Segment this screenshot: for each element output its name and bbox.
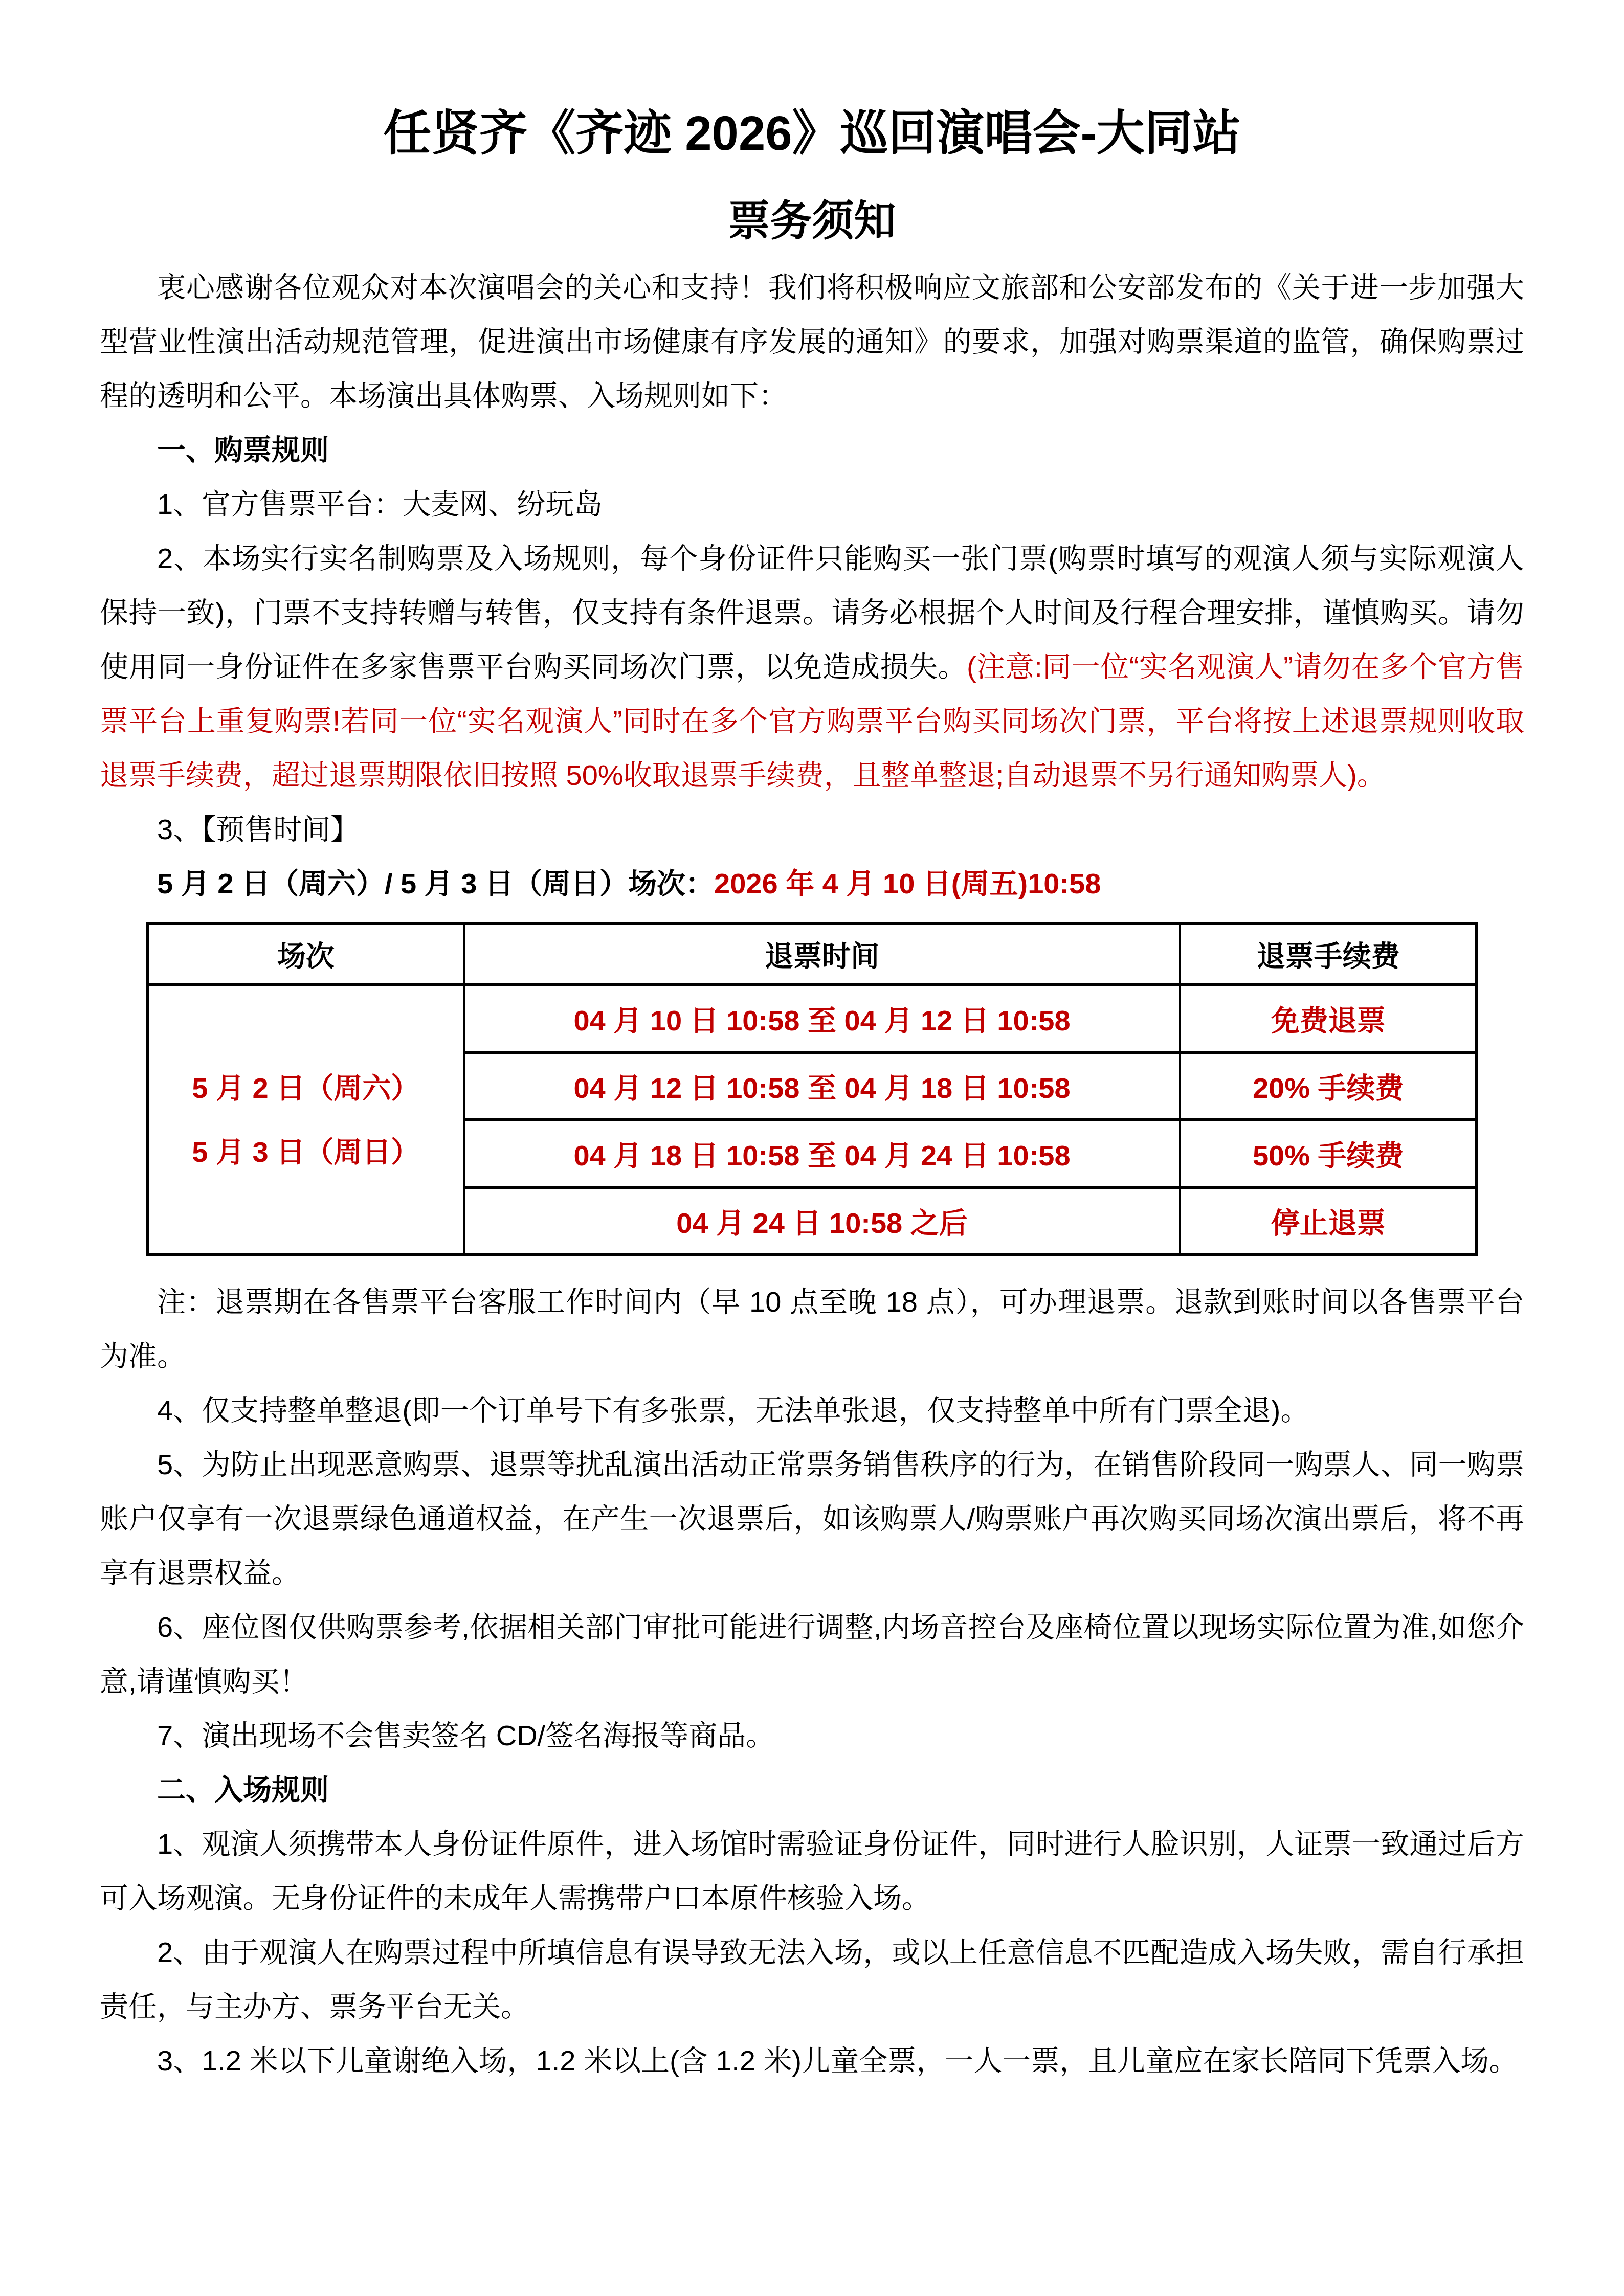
purchase-rule-6: 6、座位图仅供购票参考,依据相关部门审批可能进行调整,内场音控台及座椅位置以现场… (100, 1600, 1524, 1708)
refund-fee-1: 免费退票 (1180, 985, 1477, 1052)
refund-fee-4: 停止退票 (1180, 1187, 1477, 1255)
entry-rule-2: 2、由于观演人在购票过程中所填信息有误导致无法入场，或以上任意信息不匹配造成入场… (100, 1925, 1524, 2034)
refund-fee-2: 20% 手续费 (1180, 1052, 1477, 1120)
presale-session-label: 5 月 2 日（周六）/ 5 月 3 日（周日）场次： (157, 867, 714, 899)
column-header-session: 场次 (147, 924, 464, 985)
document-subtitle: 票务须知 (100, 194, 1524, 249)
purchase-rule-4: 4、仅支持整单整退(即一个订单号下有多张票，无法单张退，仅支持整单中所有门票全退… (100, 1383, 1524, 1437)
presale-time-line: 5 月 2 日（周六）/ 5 月 3 日（周日）场次：2026 年 4 月 10… (100, 857, 1524, 911)
column-header-refund-fee: 退票手续费 (1180, 924, 1477, 985)
entry-rule-1: 1、观演人须携带本人身份证件原件，进入场馆时需验证身份证件，同时进行人脸识别，人… (100, 1817, 1524, 1925)
section-heading-purchase-rules: 一、购票规则 (100, 423, 1524, 477)
column-header-refund-time: 退票时间 (464, 924, 1181, 985)
session-dates-cell: 5 月 2 日（周六） 5 月 3 日（周日） (147, 985, 464, 1255)
ticketing-notice-document: 任贤齐《齐迹 2026》巡回演唱会-大同站 票务须知 衷心感谢各位观众对本次演唱… (0, 0, 1624, 2296)
refund-table-row-1: 5 月 2 日（周六） 5 月 3 日（周日） 04 月 10 日 10:58 … (147, 985, 1477, 1052)
purchase-rule-3-presale-heading: 3、【预售时间】 (100, 802, 1524, 857)
entry-rule-3: 3、1.2 米以下儿童谢绝入场，1.2 米以上(含 1.2 米)儿童全票，一人一… (100, 2034, 1524, 2088)
purchase-rule-2: 2、本场实行实名制购票及入场规则，每个身份证件只能购买一张门票(购票时填写的观演… (100, 531, 1524, 802)
refund-table-note: 注：退票期在各售票平台客服工作时间内（早 10 点至晚 18 点），可办理退票。… (100, 1275, 1524, 1383)
purchase-rule-7: 7、演出现场不会售卖签名 CD/签名海报等商品。 (100, 1708, 1524, 1763)
purchase-rule-5: 5、为防止出现恶意购票、退票等扰乱演出活动正常票务销售秩序的行为，在销售阶段同一… (100, 1437, 1524, 1600)
refund-window-1: 04 月 10 日 10:58 至 04 月 12 日 10:58 (464, 985, 1181, 1052)
presale-datetime: 2026 年 4 月 10 日(周五)10:58 (714, 867, 1101, 899)
refund-table-header-row: 场次 退票时间 退票手续费 (147, 924, 1477, 985)
refund-policy-table: 场次 退票时间 退票手续费 5 月 2 日（周六） 5 月 3 日（周日） 04… (146, 922, 1478, 1256)
document-title: 任贤齐《齐迹 2026》巡回演唱会-大同站 (100, 102, 1524, 165)
refund-window-2: 04 月 12 日 10:58 至 04 月 18 日 10:58 (464, 1052, 1181, 1120)
intro-paragraph: 衷心感谢各位观众对本次演唱会的关心和支持！我们将积极响应文旅部和公安部发布的《关… (100, 260, 1524, 423)
refund-fee-3: 50% 手续费 (1180, 1120, 1477, 1187)
purchase-rule-1: 1、官方售票平台：大麦网、纷玩岛 (100, 477, 1524, 531)
session-date-line-2: 5 月 3 日（周日） (149, 1120, 463, 1184)
refund-window-3: 04 月 18 日 10:58 至 04 月 24 日 10:58 (464, 1120, 1181, 1187)
session-date-line-1: 5 月 2 日（周六） (149, 1056, 463, 1120)
section-heading-entry-rules: 二、入场规则 (100, 1763, 1524, 1817)
refund-window-4: 04 月 24 日 10:58 之后 (464, 1187, 1181, 1255)
